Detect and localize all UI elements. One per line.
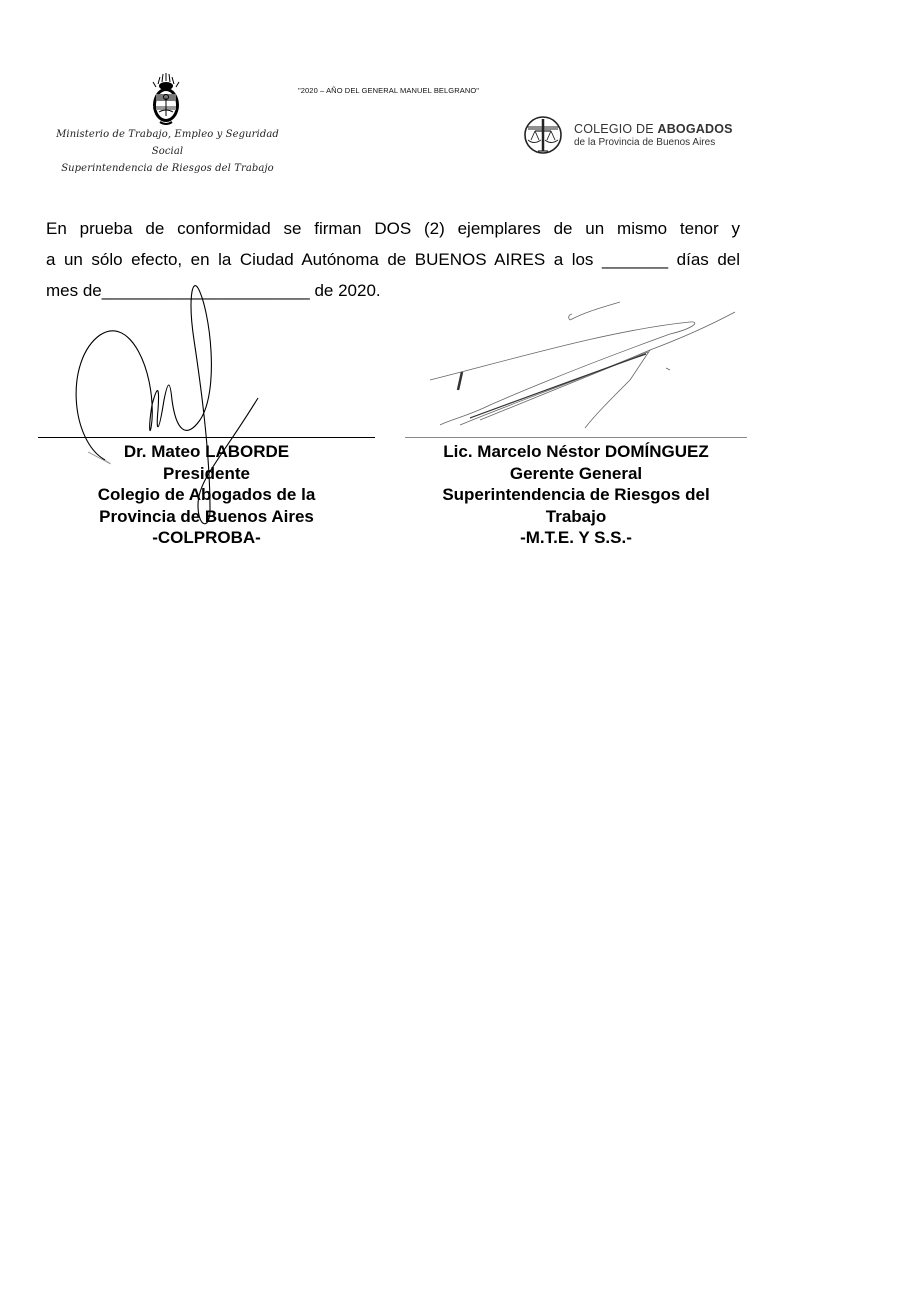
argentina-coat-of-arms-icon xyxy=(149,72,183,128)
signatory-name: Dr. Mateo LABORDE xyxy=(38,441,375,463)
year-motto: "2020 – AÑO DEL GENERAL MANUEL BELGRANO" xyxy=(298,86,479,95)
signature-line xyxy=(38,437,375,438)
signature-line xyxy=(405,437,747,438)
signatory-colproba: Dr. Mateo LABORDE Presidente Colegio de … xyxy=(38,441,375,549)
scales-of-justice-icon xyxy=(523,115,567,155)
signatory-org: Provincia de Buenos Aires xyxy=(38,506,375,528)
ministry-letterhead: Ministerio de Trabajo, Empleo y Segurida… xyxy=(40,126,295,177)
ministry-name: Ministerio de Trabajo, Empleo y Segurida… xyxy=(40,126,295,160)
signatory-role: Gerente General xyxy=(405,463,747,485)
signatory-org: Colegio de Abogados de la xyxy=(38,484,375,506)
signatory-org-abbrev: -M.T.E. Y S.S.- xyxy=(405,527,747,549)
signatory-role: Presidente xyxy=(38,463,375,485)
signatory-org: Superintendencia de Riesgos del xyxy=(405,484,747,506)
handwritten-signature-icon xyxy=(410,290,750,440)
signatory-org-abbrev: -COLPROBA- xyxy=(38,527,375,549)
agency-name: Superintendencia de Riesgos del Trabajo xyxy=(40,160,295,177)
colegio-subtitle: de la Provincia de Buenos Aires xyxy=(574,137,715,148)
colegio-name: COLEGIO DE ABOGADOS xyxy=(574,122,733,136)
paragraph-line: a un sólo efecto, en la Ciudad Autónoma … xyxy=(46,244,740,275)
signatory-srt: Lic. Marcelo Néstor DOMÍNGUEZ Gerente Ge… xyxy=(405,441,747,549)
paragraph-line: En prueba de conformidad se firman DOS (… xyxy=(46,213,740,244)
signatory-name: Lic. Marcelo Néstor DOMÍNGUEZ xyxy=(405,441,747,463)
signatory-org: Trabajo xyxy=(405,506,747,528)
